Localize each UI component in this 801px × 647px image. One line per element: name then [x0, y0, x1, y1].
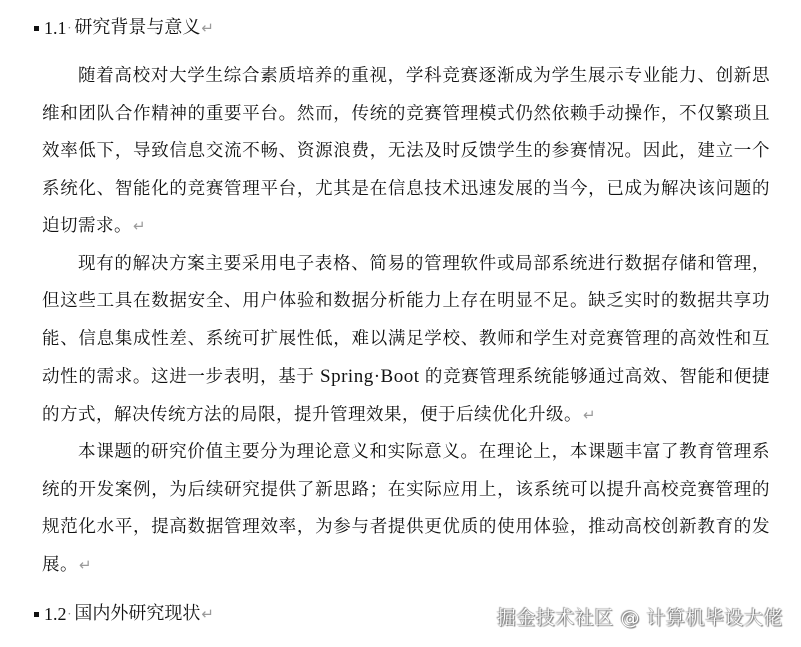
section-title: 研究背景与意义: [74, 17, 200, 39]
document-body: 随着高校对大学生综合素质培养的重视，学科竞赛逐渐成为学生展示专业能力、创新思维和…: [42, 58, 770, 584]
paragraph-mark-icon: ↵: [201, 17, 214, 39]
section-number: 1.1: [44, 17, 67, 39]
paragraph-mark-icon: ↵: [201, 603, 214, 625]
heading-bullet-icon: [34, 612, 39, 617]
paragraph-background: 随着高校对大学生综合素质培养的重视，学科竞赛逐渐成为学生展示专业能力、创新思维和…: [42, 58, 770, 246]
paragraph-mark-icon: ↵: [79, 556, 92, 574]
watermark: 掘金技术社区 @ 计算机毕设大佬: [497, 603, 783, 630]
paragraph-mark-icon: ↵: [583, 406, 596, 424]
paragraph-text: 随着高校对大学生综合素质培养的重视，学科竞赛逐渐成为学生展示专业能力、创新思维和…: [42, 66, 770, 236]
paragraph-mark-icon: ↵: [133, 217, 146, 235]
section-number: 1.2: [44, 603, 67, 625]
framework-name: Spring·Boot: [315, 366, 425, 387]
paragraph-text: 本课题的研究价值主要分为理论意义和实际意义。在理论上，本课题丰富了教育管理系统的…: [42, 442, 770, 575]
section-title: 国内外研究现状: [74, 603, 200, 625]
section-heading-1-1: 1.1 · 研究背景与意义 ↵: [34, 17, 214, 39]
space-mark: ·: [68, 17, 72, 39]
paragraph-research-value: 本课题的研究价值主要分为理论意义和实际意义。在理论上，本课题丰富了教育管理系统的…: [42, 434, 770, 584]
section-heading-1-2: 1.2 · 国内外研究现状 ↵: [34, 603, 214, 625]
heading-bullet-icon: [34, 26, 39, 31]
paragraph-existing-solutions: 现有的解决方案主要采用电子表格、简易的管理软件或局部系统进行数据存储和管理，但这…: [42, 246, 770, 435]
space-mark: ·: [68, 603, 72, 625]
